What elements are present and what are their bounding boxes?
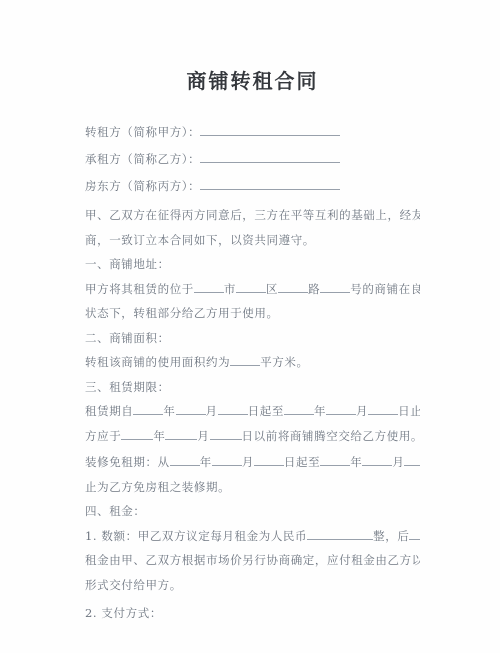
document-line: 三、租赁期限： xyxy=(85,375,420,400)
line-text: 年 xyxy=(314,404,326,418)
document-line: 租金由甲、乙双方根据市场价另行协商确定，应付租金由乙方以现金 xyxy=(85,548,420,573)
line-text: 1. 数额：甲乙双方议定每月租金为人民币 xyxy=(85,529,307,543)
fill-in-blank xyxy=(278,281,308,293)
fill-in-blank xyxy=(200,151,340,163)
fill-in-blank xyxy=(230,354,260,366)
line-text: 四、租金： xyxy=(85,504,146,518)
line-text: 年 xyxy=(350,455,362,469)
line-text: 商，一致订立本合同如下，以资共同遵守。 xyxy=(85,233,315,247)
line-text: 整，后 xyxy=(373,529,409,543)
line-text: 形式交付给甲方。 xyxy=(85,578,182,592)
document-line: 商，一致订立本合同如下，以资共同遵守。 xyxy=(85,228,420,253)
line-text: 二、商铺面积： xyxy=(85,331,170,345)
document-line: 一、商铺地址： xyxy=(85,252,420,277)
fill-in-blank xyxy=(368,403,398,415)
line-text: 转租该商铺的使用面积约为 xyxy=(85,355,230,369)
fill-in-blank xyxy=(218,403,248,415)
line-text: 承租方（简称乙方）： xyxy=(85,152,200,166)
contract-page: 商铺转租合同 转租方（简称甲方）：承租方（简称乙方）：房东方（简称丙方）：甲、乙… xyxy=(0,0,500,653)
document-line: 2. 支付方式： xyxy=(85,601,420,626)
line-text: 甲方将其租赁的位于 xyxy=(85,282,194,296)
line-text: 日止，甲 xyxy=(398,404,420,418)
line-text: 路 xyxy=(308,282,320,296)
fill-in-blank xyxy=(320,281,350,293)
fill-in-blank xyxy=(409,528,420,540)
line-text: 装修免租期：从 xyxy=(85,455,170,469)
line-text: 区 xyxy=(266,282,278,296)
fill-in-blank xyxy=(210,428,242,440)
fill-in-blank xyxy=(320,454,350,466)
document-line: 止为乙方免房租之装修期。 xyxy=(85,475,420,500)
line-text: 市 xyxy=(224,282,236,296)
fill-in-blank xyxy=(121,428,153,440)
party-line: 房东方（简称丙方）： xyxy=(85,173,420,200)
document-line: 1. 数额：甲乙双方议定每月租金为人民币整，后年 xyxy=(85,524,420,549)
line-text: 状态下，转租部分给乙方用于使用。 xyxy=(85,306,279,320)
fill-in-blank xyxy=(212,454,242,466)
document-line: 租赁期自年月日起至年月日止，甲 xyxy=(85,399,420,424)
document-body: 转租方（简称甲方）：承租方（简称乙方）：房东方（简称丙方）：甲、乙双方在征得丙方… xyxy=(85,119,420,626)
fill-in-blank xyxy=(284,403,314,415)
line-text: 租赁期自 xyxy=(85,404,133,418)
document-line: 状态下，转租部分给乙方用于使用。 xyxy=(85,301,420,326)
document-line: 转租该商铺的使用面积约为平方米。 xyxy=(85,350,420,375)
fill-in-blank xyxy=(236,281,266,293)
line-text: 年 xyxy=(200,455,212,469)
line-text: 月 xyxy=(242,455,254,469)
line-text: 日起至 xyxy=(248,404,284,418)
document-line: 四、租金： xyxy=(85,499,420,524)
line-text: 日起至 xyxy=(284,455,320,469)
fill-in-blank xyxy=(165,428,197,440)
document-line: 方应于年月日以前将商铺腾空交给乙方使用。 xyxy=(85,424,420,449)
line-text: 日以前将商铺腾空交给乙方使用。 xyxy=(242,429,420,443)
fill-in-blank xyxy=(200,124,340,136)
line-text: 转租方（简称甲方）： xyxy=(85,125,200,139)
fill-in-blank xyxy=(362,454,392,466)
fill-in-blank xyxy=(307,528,373,540)
document-line: 甲、乙双方在征得丙方同意后，三方在平等互利的基础上，经友好协 xyxy=(85,203,420,228)
party-line: 转租方（简称甲方）： xyxy=(85,119,420,146)
line-text: 月 xyxy=(392,455,404,469)
line-text: 号的商铺在良好 xyxy=(350,282,420,296)
fill-in-blank xyxy=(404,454,420,466)
line-text: 月 xyxy=(197,429,209,443)
fill-in-blank xyxy=(254,454,284,466)
line-text: 方应于 xyxy=(85,429,121,443)
document-line: 形式交付给甲方。 xyxy=(85,573,420,598)
line-text: 月 xyxy=(206,404,218,418)
contract-title: 商铺转租合同 xyxy=(85,70,420,93)
line-text: 止为乙方免房租之装修期。 xyxy=(85,480,230,494)
line-text: 年 xyxy=(153,429,165,443)
party-line: 承租方（简称乙方）： xyxy=(85,146,420,173)
document-line: 甲方将其租赁的位于市区路号的商铺在良好 xyxy=(85,277,420,302)
line-text: 一、商铺地址： xyxy=(85,257,170,271)
line-text: 租金由甲、乙双方根据市场价另行协商确定，应付租金由乙方以现金 xyxy=(85,553,420,567)
fill-in-blank xyxy=(133,403,163,415)
line-text: 房东方（简称丙方）： xyxy=(85,179,200,193)
fill-in-blank xyxy=(326,403,356,415)
line-text: 平方米。 xyxy=(260,355,308,369)
fill-in-blank xyxy=(170,454,200,466)
document-line: 二、商铺面积： xyxy=(85,326,420,351)
line-text: 2. 支付方式： xyxy=(85,606,162,620)
fill-in-blank xyxy=(200,178,340,190)
fill-in-blank xyxy=(176,403,206,415)
line-text: 月 xyxy=(356,404,368,418)
line-text: 三、租赁期限： xyxy=(85,380,170,394)
document-line: 装修免租期：从年月日起至年月日 xyxy=(85,450,420,475)
fill-in-blank xyxy=(194,281,224,293)
line-text: 甲、乙双方在征得丙方同意后，三方在平等互利的基础上，经友好协 xyxy=(85,208,420,222)
line-text: 年 xyxy=(163,404,175,418)
